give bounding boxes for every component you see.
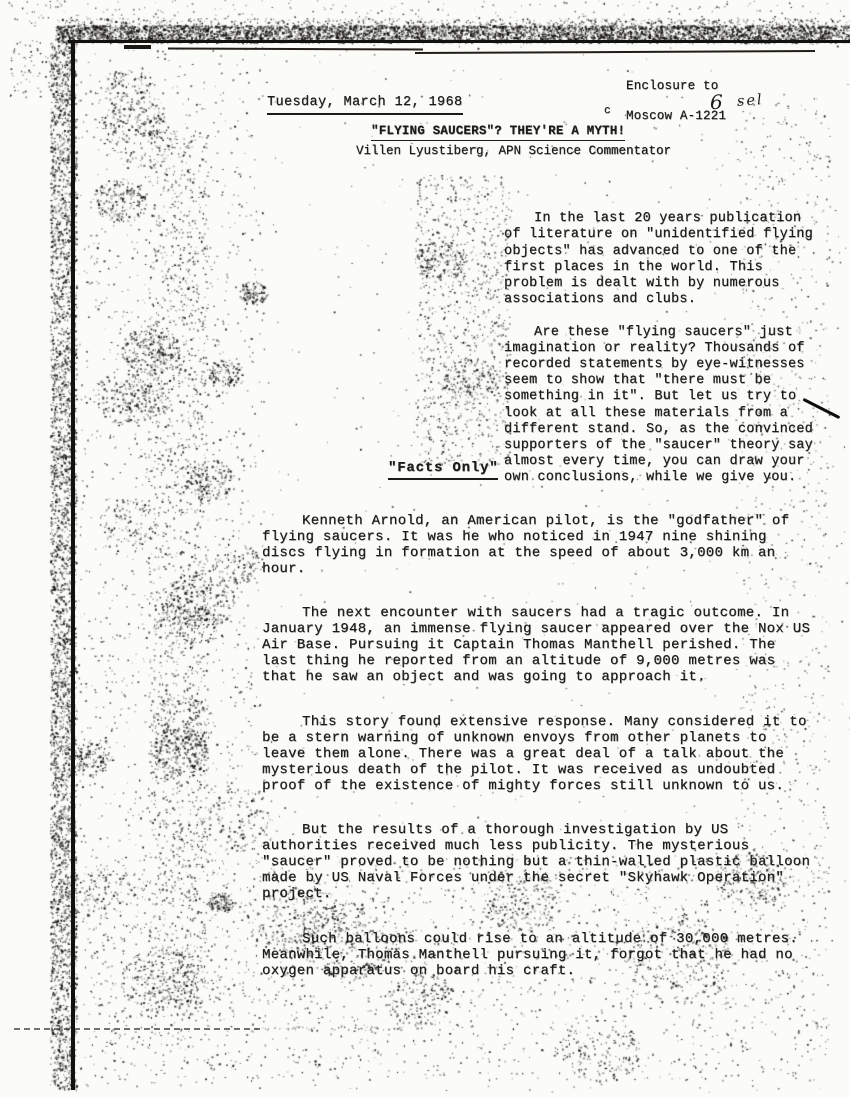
- body-paragraph: Such balloons could rise to an altitude …: [262, 932, 818, 980]
- intro-paragraph: In the last 20 years publication of lite…: [504, 211, 826, 308]
- handwritten-note: sel: [736, 92, 764, 110]
- intro-column: In the last 20 years publication of lite…: [504, 195, 826, 503]
- doc-title: "FLYING SAUCERS"? THEY'RE A MYTH!: [371, 124, 625, 141]
- page-edge-top: [68, 40, 850, 43]
- body-paragraph: The next encounter with saucers had a tr…: [262, 606, 818, 686]
- date-line: Tuesday, March 12, 1968: [267, 95, 463, 115]
- body-paragraph: This story found extensive response. Man…: [262, 715, 818, 795]
- intro-paragraph: Are these "flying saucers" just imaginat…: [504, 325, 826, 487]
- scan-page: Enclosure to Moscow A-1221 6 sel c Tuesd…: [0, 0, 850, 1097]
- page-edge-left: [71, 40, 75, 1090]
- stray-mark: c: [604, 105, 611, 117]
- doc-byline: Villen Lyustiberg, APN Science Commentat…: [356, 144, 671, 158]
- body-paragraph: Kenneth Arnold, an American pilot, is th…: [262, 514, 818, 578]
- body-paragraph: But the results of a thorough investigat…: [262, 823, 818, 903]
- body-text: Kenneth Arnold, an American pilot, is th…: [262, 498, 818, 1008]
- dashed-line-mark: [14, 1028, 260, 1030]
- handwritten-number: 6: [710, 90, 723, 114]
- section-heading: "Facts Only": [388, 460, 498, 480]
- page-inner-line-dash: [124, 45, 151, 49]
